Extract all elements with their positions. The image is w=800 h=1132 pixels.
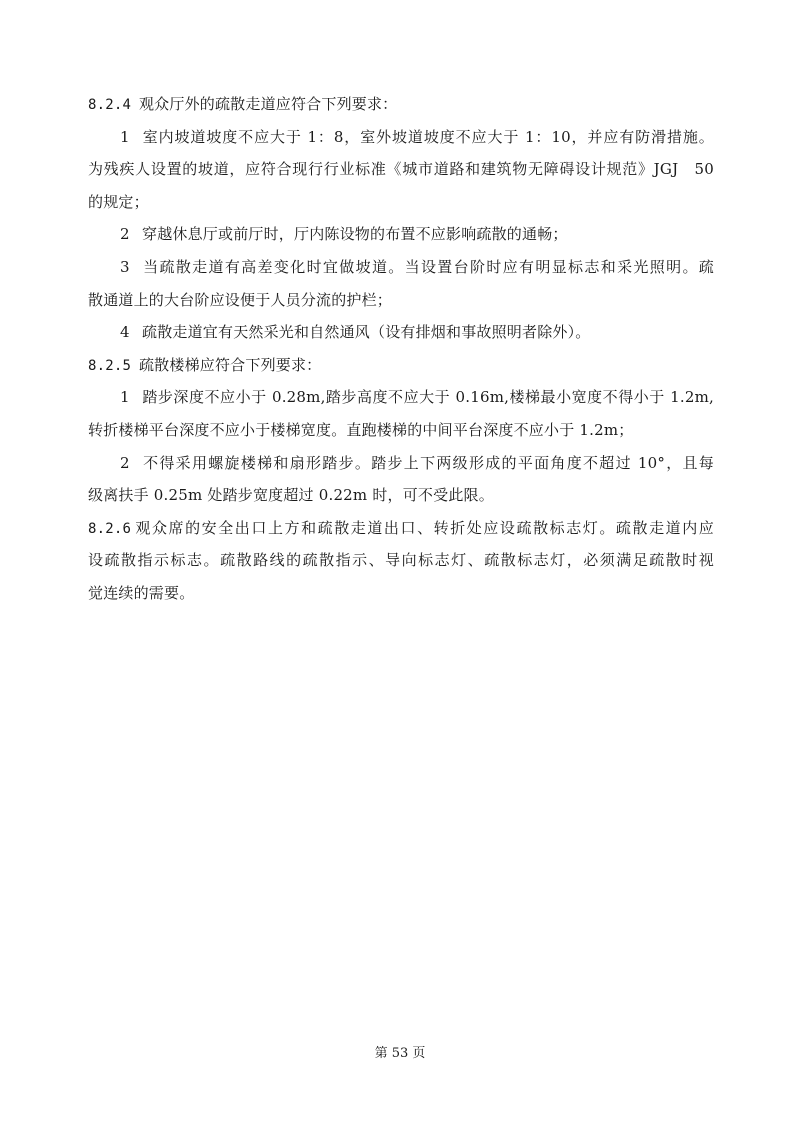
page-number-footer: 第 53 页 xyxy=(0,1042,800,1061)
item-line: 的规定； xyxy=(88,186,714,219)
document-body: 8.2.4 观众厅外的疏散走道应符合下列要求： 1室内坡道坡度不应大于 1：8，… xyxy=(88,88,714,610)
clause-heading-8-2-4: 8.2.4 观众厅外的疏散走道应符合下列要求： xyxy=(88,88,714,121)
item-number: 2 xyxy=(120,447,142,480)
clause-number: 8.2.6 xyxy=(88,513,134,546)
item-text: 踏步深度不应小于 0.28m,踏步高度不应大于 0.16m,楼梯最小宽度不得小于… xyxy=(142,388,714,406)
item-line: 1室内坡道坡度不应大于 1：8，室外坡道坡度不应大于 1：10，并应有防滑措施。 xyxy=(88,121,714,154)
clause-text: 设疏散指示标志。疏散路线的疏散指示、导向标志灯、疏散标志灯，必须满足疏散时视 xyxy=(88,551,714,569)
clause-title: 观众厅外的疏散走道应符合下列要求： xyxy=(139,95,397,113)
item-line: 转折楼梯平台深度不应小于楼梯宽度。直跑楼梯的中间平台深度不应小于 1.2m； xyxy=(88,414,714,447)
clause-title: 疏散楼梯应符合下列要求： xyxy=(139,356,321,374)
item-line: 2穿越休息厅或前厅时，厅内陈设物的布置不应影响疏散的通畅； xyxy=(88,218,714,251)
document-page: 8.2.4 观众厅外的疏散走道应符合下列要求： 1室内坡道坡度不应大于 1：8，… xyxy=(0,0,800,1132)
item-line: 为残疾人设置的坡道，应符合现行行业标准《城市道路和建筑物无障碍设计规范》JGJ … xyxy=(88,153,714,186)
item-number: 4 xyxy=(120,316,142,349)
item-text: 不得采用螺旋楼梯和扇形踏步。踏步上下两级形成的平面角度不超过 10°，且每 xyxy=(142,454,714,472)
clause-text: 觉连续的需要。 xyxy=(88,584,194,602)
item-text: 转折楼梯平台深度不应小于楼梯宽度。直跑楼梯的中间平台深度不应小于 1.2m； xyxy=(88,421,633,439)
item-text: 散通道上的大台阶应设便于人员分流的护栏； xyxy=(88,291,392,309)
item-line: 3当疏散走道有高差变化时宜做坡道。当设置台阶时应有明显标志和采光照明。疏 xyxy=(88,251,714,284)
item-text: 疏散走道宜有天然采光和自然通风（设有排烟和事故照明者除外）。 xyxy=(142,323,591,341)
clause-text: 观众席的安全出口上方和疏散走道出口、转折处应设疏散标志灯。疏散走道内应 xyxy=(134,519,714,537)
item-line: 级离扶手 0.25m 处踏步宽度超过 0.22m 时，可不受此限。 xyxy=(88,479,714,512)
item-line: 2不得采用螺旋楼梯和扇形踏步。踏步上下两级形成的平面角度不超过 10°，且每 xyxy=(88,447,714,480)
clause-line: 觉连续的需要。 xyxy=(88,577,714,610)
item-text: 级离扶手 0.25m 处踏步宽度超过 0.22m 时，可不受此限。 xyxy=(88,486,494,504)
item-number: 3 xyxy=(120,251,142,284)
clause-line: 设疏散指示标志。疏散路线的疏散指示、导向标志灯、疏散标志灯，必须满足疏散时视 xyxy=(88,544,714,577)
item-text: 的规定； xyxy=(88,193,149,211)
item-number: 2 xyxy=(120,218,142,251)
item-line: 4疏散走道宜有天然采光和自然通风（设有排烟和事故照明者除外）。 xyxy=(88,316,714,349)
item-line: 1踏步深度不应小于 0.28m,踏步高度不应大于 0.16m,楼梯最小宽度不得小… xyxy=(88,381,714,414)
clause-heading-8-2-6: 8.2.6观众席的安全出口上方和疏散走道出口、转折处应设疏散标志灯。疏散走道内应 xyxy=(88,512,714,545)
item-text: 室内坡道坡度不应大于 1：8，室外坡道坡度不应大于 1：10，并应有防滑措施。 xyxy=(142,128,714,146)
item-line: 散通道上的大台阶应设便于人员分流的护栏； xyxy=(88,284,714,317)
clause-number: 8.2.4 xyxy=(88,89,134,122)
item-number: 1 xyxy=(120,381,142,414)
item-number: 1 xyxy=(120,121,142,154)
clause-heading-8-2-5: 8.2.5 疏散楼梯应符合下列要求： xyxy=(88,349,714,382)
clause-number: 8.2.5 xyxy=(88,350,134,383)
item-text: 当疏散走道有高差变化时宜做坡道。当设置台阶时应有明显标志和采光照明。疏 xyxy=(142,258,714,276)
item-text: 穿越休息厅或前厅时，厅内陈设物的布置不应影响疏散的通畅； xyxy=(142,225,568,243)
item-text: 为残疾人设置的坡道，应符合现行行业标准《城市道路和建筑物无障碍设计规范》JGJ … xyxy=(88,160,714,178)
